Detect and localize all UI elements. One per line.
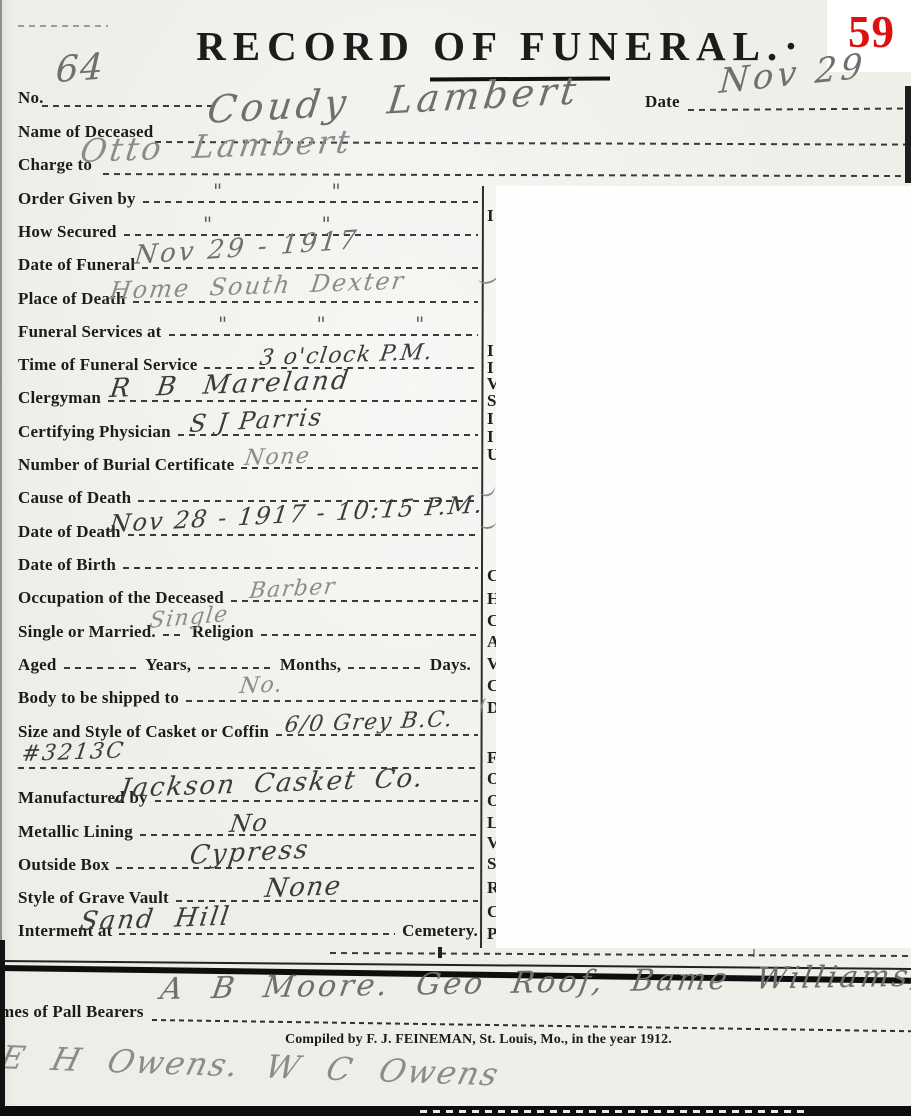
field-row-funeral-services-at: Funeral Services at " " " (18, 307, 478, 341)
funeral-record-page: RECORD OF FUNERAL.· 59 No. 64 Date Nov 2… (0, 0, 911, 1116)
field-value-handwritten: #3213C (20, 738, 127, 767)
blank-right-column-overlay (496, 186, 911, 948)
field-label: Metallic Lining (18, 822, 140, 842)
field-row-aged: Aged Years, Months, Days. (18, 640, 478, 674)
field-label: Date of Birth (18, 555, 123, 575)
field-value-handwritten: " " (213, 179, 342, 203)
scan-edge-left-lower (0, 940, 5, 1116)
name-value-handwritten: Coudy Lambert (205, 68, 582, 132)
field-label: Funeral Services at (18, 322, 169, 342)
date-label: Date (645, 92, 687, 112)
pall-bearers-value-handwritten: A B Moore. Geo Roof, Bame Williams, (158, 959, 911, 1007)
field-row-metallic-lining: Metallic Lining No (18, 807, 478, 841)
field-row-manufactured-by: Manufactured by Jackson Casket Co. (18, 773, 478, 807)
field-label: Size and Style of Casket or Coffin (18, 722, 276, 742)
field-label: Cause of Death (18, 488, 138, 508)
no-line (42, 105, 215, 107)
days-label: Days. (423, 655, 478, 675)
field-row-body-shipped-to: Body to be shipped to No. (18, 673, 478, 707)
field-value-handwritten: No. (238, 672, 285, 699)
field-row-certifying-physician: Certifying Physician S J Parris (18, 407, 478, 441)
scan-artifact-dash (18, 25, 108, 27)
right-column-letter-fragment: I (487, 427, 494, 447)
footer-tick (753, 949, 755, 957)
date-line (688, 107, 911, 111)
field-label: Date of Funeral (18, 255, 142, 275)
field-value-handwritten: Sand Hill (78, 902, 233, 937)
scan-edge-bottom (0, 1106, 911, 1116)
scan-edge-bottom-dashes (420, 1110, 810, 1113)
scan-edge-bar (905, 86, 911, 183)
field-label: Order Given by (18, 189, 143, 209)
no-value-handwritten: 64 (55, 46, 105, 91)
footer-dash-line (330, 952, 911, 957)
field-value-handwritten: None (263, 871, 344, 904)
field-row-casket-size-style: Size and Style of Casket or Coffin 6/0 G… (18, 707, 478, 741)
field-label: Outside Box (18, 855, 116, 875)
field-row-number-of-burial-certificate: Number of Burial Certificate None (18, 440, 478, 474)
aged-label: Aged (18, 655, 64, 675)
field-value-handwritten: " " " (218, 312, 426, 336)
field-row-interment-at: Interment at Cemetery. Sand Hill (18, 906, 478, 940)
footer-tick (438, 947, 442, 958)
pall-bearers-line (152, 1019, 911, 1032)
field-value-handwritten: None (243, 444, 312, 471)
field-row-date-of-funeral: Date of Funeral Nov 29 - 1917 (18, 240, 478, 274)
field-value-handwritten: Cypress (188, 834, 311, 871)
field-row-clergyman: Clergyman R B Mareland (18, 373, 478, 407)
field-label: How Secured (18, 222, 124, 242)
field-row-occupation: Occupation of the Deceased Barber (18, 573, 478, 607)
scan-edge-left (0, 0, 2, 960)
field-value-handwritten: S J Parris (188, 403, 325, 438)
column-divider-line (480, 186, 484, 948)
right-column-letter-fragment: I (487, 206, 494, 226)
field-row-single-or-married: Single or Married. Religion Single (18, 607, 478, 641)
field-row-style-of-grave-vault: Style of Grave Vault None (18, 873, 478, 907)
years-label: Years, (138, 655, 198, 675)
field-row-place-of-death: Place of Death Home South Dexter (18, 274, 478, 308)
pall-bearers-label: mes of Pall Bearers (0, 1002, 151, 1022)
field-label: Clergyman (18, 388, 108, 408)
field-row-outside-box: Outside Box Cypress (18, 840, 478, 874)
field-value-handwritten: No (228, 809, 270, 838)
field-label: Certifying Physician (18, 422, 178, 442)
field-label: Body to be shipped to (18, 688, 186, 708)
field-label: Number of Burial Certificate (18, 455, 241, 475)
compiled-by-line: Compiled by F. J. FEINEMAN, St. Louis, M… (285, 1032, 672, 1048)
field-row-date-of-death: Date of Death Nov 28 - 1917 - 10:15 P.M. (18, 507, 478, 541)
field-row-date-of-birth: Date of Birth (18, 540, 478, 574)
right-column-letter-fragment: I (487, 409, 494, 429)
field-value-handwritten: Barber (248, 574, 337, 604)
field-row-order-given-by: Order Given by " " (18, 174, 478, 208)
handwriting-stroke-fragment (479, 516, 497, 530)
cemetery-label: Cemetery. (395, 921, 478, 941)
field-label: Single or Married. (18, 622, 163, 642)
